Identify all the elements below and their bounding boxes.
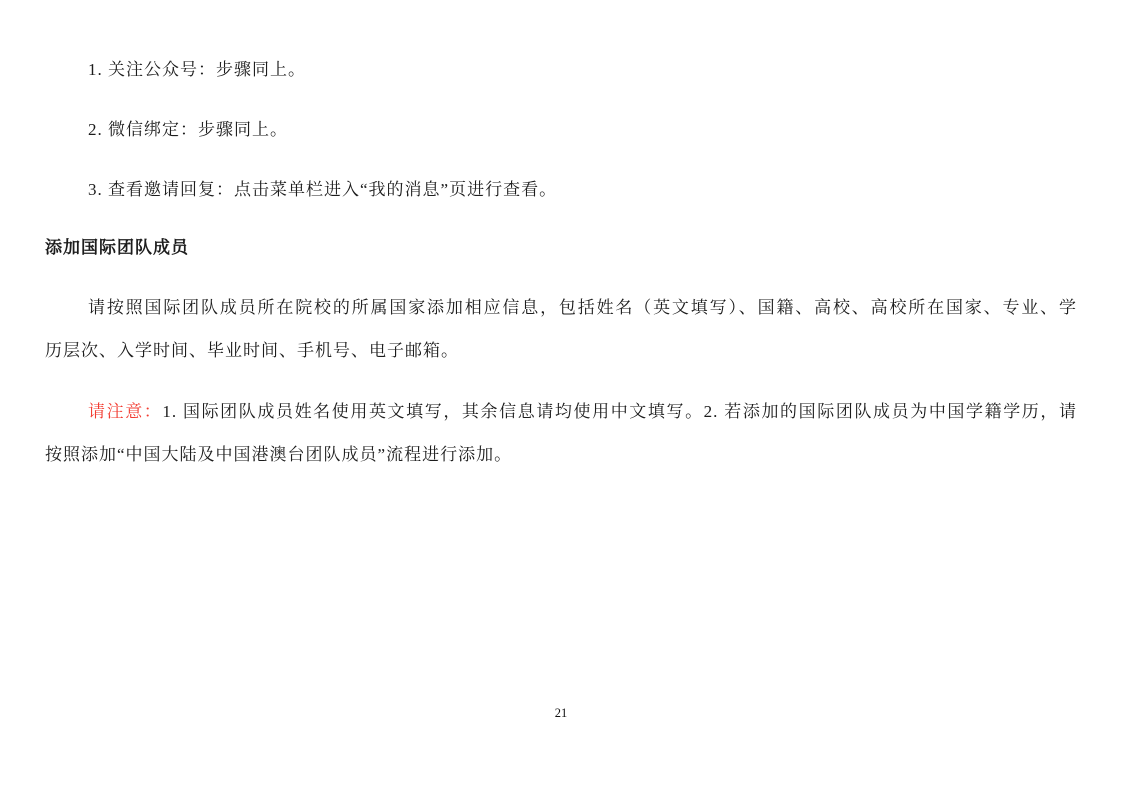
note-label: 请注意： bbox=[88, 402, 162, 421]
list-item-wechat-binding: 2. 微信绑定：步骤同上。 bbox=[45, 120, 1077, 140]
paragraph-line-1: 请按照国际团队成员所在院校的所属国家添加相应信息，包括姓名（英文填写）、国籍、高… bbox=[45, 298, 1077, 318]
paragraph-line-2: 历层次、入学时间、毕业时间、手机号、电子邮箱。 bbox=[45, 341, 1077, 361]
note-line-1: 请注意：1. 国际团队成员姓名使用英文填写，其余信息请均使用中文填写。2. 若添… bbox=[45, 402, 1077, 422]
page-number: 21 bbox=[0, 706, 1122, 720]
document-content: 1. 关注公众号：步骤同上。 2. 微信绑定：步骤同上。 3. 查看邀请回复：点… bbox=[45, 0, 1077, 465]
document-page: 1. 关注公众号：步骤同上。 2. 微信绑定：步骤同上。 3. 查看邀请回复：点… bbox=[0, 0, 1122, 793]
list-item-follow-official-account: 1. 关注公众号：步骤同上。 bbox=[45, 60, 1077, 80]
note-line-1-text: 1. 国际团队成员姓名使用英文填写，其余信息请均使用中文填写。2. 若添加的国际… bbox=[162, 402, 1077, 421]
paragraph-add-info: 请按照国际团队成员所在院校的所属国家添加相应信息，包括姓名（英文填写）、国籍、高… bbox=[45, 298, 1077, 361]
list-item-view-invitation-reply: 3. 查看邀请回复：点击菜单栏进入“我的消息”页进行查看。 bbox=[45, 180, 1077, 200]
section-heading-add-international-team-members: 添加国际团队成员 bbox=[45, 238, 1077, 258]
note-paragraph: 请注意：1. 国际团队成员姓名使用英文填写，其余信息请均使用中文填写。2. 若添… bbox=[45, 402, 1077, 465]
note-line-2: 按照添加“中国大陆及中国港澳台团队成员”流程进行添加。 bbox=[45, 445, 1077, 465]
